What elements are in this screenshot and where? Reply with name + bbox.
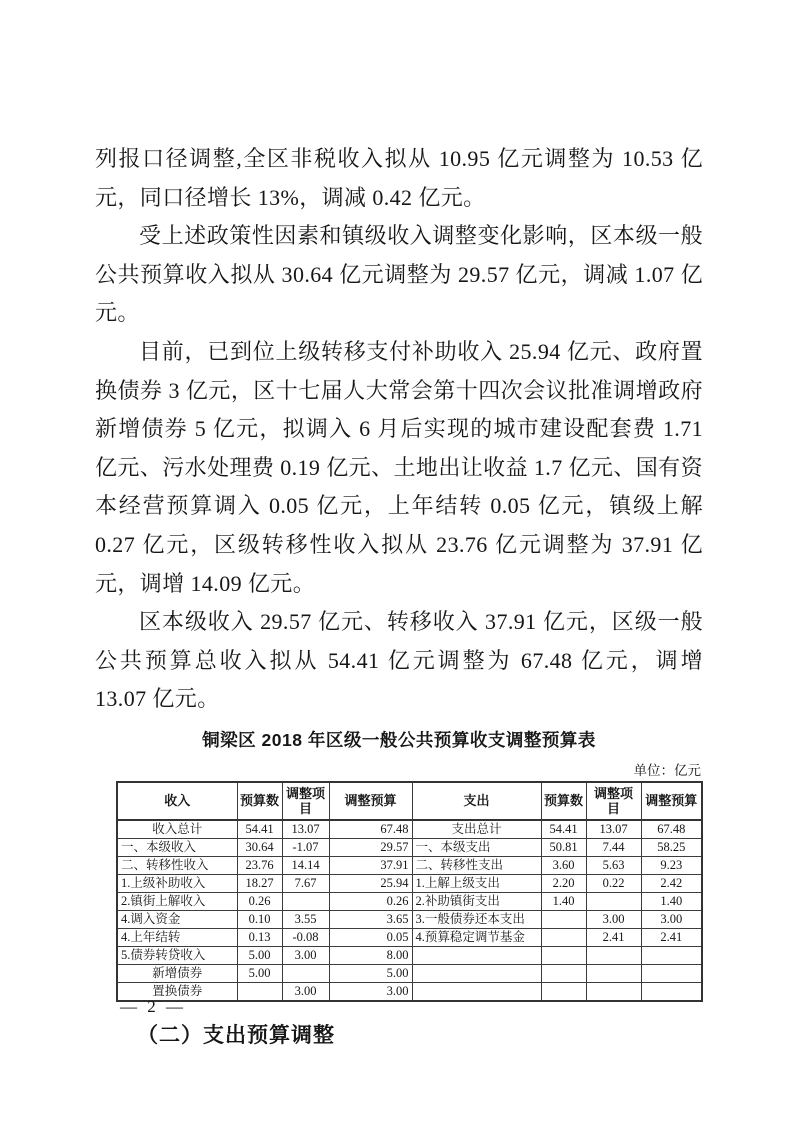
- table-cell: -0.08: [282, 928, 329, 946]
- table-cell: 0.10: [237, 910, 282, 928]
- table-cell: 0.05: [329, 928, 412, 946]
- table-cell: 54.41: [541, 820, 586, 839]
- table-cell: 4.上年结转: [117, 928, 237, 946]
- table-cell: 3.00: [282, 946, 329, 964]
- table-cell: 0.13: [237, 928, 282, 946]
- table-cell: 3.60: [541, 856, 586, 874]
- table-cell: [586, 946, 641, 964]
- table-cell: 58.25: [641, 838, 702, 856]
- table-row: 新增债券 5.00 5.00: [117, 964, 702, 982]
- table-cell: [282, 964, 329, 982]
- table-cell: 2.补助镇街支出: [412, 892, 541, 910]
- body-paragraph: 列报口径调整,全区非税收入拟从 10.95 亿元调整为 10.53 亿元，同口径…: [95, 140, 703, 217]
- table-cell: 2.41: [641, 928, 702, 946]
- table-cell: 25.94: [329, 874, 412, 892]
- body-paragraph: 受上述政策性因素和镇级收入调整变化影响，区本级一般公共预算收入拟从 30.64 …: [95, 217, 703, 333]
- section-heading: （二）支出预算调整: [95, 1019, 703, 1049]
- table-cell: 一、本级收入: [117, 838, 237, 856]
- table-cell: 5.00: [329, 964, 412, 982]
- table-cell: 1.40: [541, 892, 586, 910]
- table-cell: 30.64: [237, 838, 282, 856]
- table-cell: 1.40: [641, 892, 702, 910]
- table-cell: 3.00: [329, 982, 412, 1001]
- table-row: 1.上级补助收入 18.27 7.67 25.94 1.上解上级支出 2.20 …: [117, 874, 702, 892]
- table-cell: 2.镇街上解收入: [117, 892, 237, 910]
- table-title: 铜梁区 2018 年区级一般公共预算收支调整预算表: [95, 727, 703, 752]
- table-cell: [541, 910, 586, 928]
- table-cell: 3.一般债券还本支出: [412, 910, 541, 928]
- table-cell: 5.63: [586, 856, 641, 874]
- table-cell: 0.26: [237, 892, 282, 910]
- table-cell: -1.07: [282, 838, 329, 856]
- column-header-adjust-item: 调整项目: [586, 782, 641, 820]
- table-cell: 收入总计: [117, 820, 237, 839]
- table-cell: 7.44: [586, 838, 641, 856]
- table-cell: 4.调入资金: [117, 910, 237, 928]
- table-cell: 2.41: [586, 928, 641, 946]
- table-cell: 23.76: [237, 856, 282, 874]
- document-page: 列报口径调整,全区非税收入拟从 10.95 亿元调整为 10.53 亿元，同口径…: [0, 0, 793, 1122]
- table-cell: 二、转移性支出: [412, 856, 541, 874]
- table-cell: [412, 946, 541, 964]
- body-paragraph: 区本级收入 29.57 亿元、转移收入 37.91 亿元，区级一般公共预算总收入…: [95, 603, 703, 719]
- table-row: 二、转移性收入 23.76 14.14 37.91 二、转移性支出 3.60 5…: [117, 856, 702, 874]
- table-cell: 新增债券: [117, 964, 237, 982]
- table-cell: [541, 928, 586, 946]
- table-cell: 5.债券转贷收入: [117, 946, 237, 964]
- table-header-row: 收入 预算数 调整项目 调整预算 支出 预算数 调整项目 调整预算: [117, 782, 702, 820]
- budget-table: 收入 预算数 调整项目 调整预算 支出 预算数 调整项目 调整预算 收入总计 5…: [116, 781, 703, 1002]
- table-cell: 二、转移性收入: [117, 856, 237, 874]
- table-cell: [641, 946, 702, 964]
- table-cell: 67.48: [641, 820, 702, 839]
- page-number: — 2 —: [120, 997, 186, 1017]
- table-cell: [586, 964, 641, 982]
- column-header-adjusted-budget: 调整预算: [329, 782, 412, 820]
- table-cell: 3.00: [282, 982, 329, 1001]
- body-paragraph: 目前，已到位上级转移支付补助收入 25.94 亿元、政府置换债券 3 亿元，区十…: [95, 333, 703, 603]
- table-row: 收入总计 54.41 13.07 67.48 支出总计 54.41 13.07 …: [117, 820, 702, 839]
- table-row: 一、本级收入 30.64 -1.07 29.57 一、本级支出 50.81 7.…: [117, 838, 702, 856]
- table-cell: 1.上级补助收入: [117, 874, 237, 892]
- table-row: 4.上年结转 0.13 -0.08 0.05 4.预算稳定调节基金 2.41 2…: [117, 928, 702, 946]
- table-cell: [412, 964, 541, 982]
- table-cell: 一、本级支出: [412, 838, 541, 856]
- unit-label: 单位：亿元: [116, 759, 701, 779]
- table-cell: 54.41: [237, 820, 282, 839]
- table-row: 置换债券 3.00 3.00: [117, 982, 702, 1001]
- table-cell: 2.20: [541, 874, 586, 892]
- table-cell: [641, 982, 702, 1001]
- table-cell: 3.55: [282, 910, 329, 928]
- table-cell: [641, 964, 702, 982]
- table-cell: 8.00: [329, 946, 412, 964]
- column-header-budget: 预算数: [541, 782, 586, 820]
- table-cell: 1.上解上级支出: [412, 874, 541, 892]
- table-cell: 3.65: [329, 910, 412, 928]
- table-cell: 3.00: [641, 910, 702, 928]
- table-cell: [541, 982, 586, 1001]
- table-cell: 9.23: [641, 856, 702, 874]
- table-cell: [412, 982, 541, 1001]
- table-cell: 18.27: [237, 874, 282, 892]
- table-cell: 4.预算稳定调节基金: [412, 928, 541, 946]
- table-cell: 5.00: [237, 946, 282, 964]
- table-cell: 13.07: [586, 820, 641, 839]
- column-header-budget: 预算数: [237, 782, 282, 820]
- column-header-adjusted-budget: 调整预算: [641, 782, 702, 820]
- table-cell: [282, 892, 329, 910]
- column-header-adjust-item: 调整项目: [282, 782, 329, 820]
- table-cell: [237, 982, 282, 1001]
- table-cell: 50.81: [541, 838, 586, 856]
- table-cell: 3.00: [586, 910, 641, 928]
- table-cell: [541, 946, 586, 964]
- table-cell: 37.91: [329, 856, 412, 874]
- table-cell: 67.48: [329, 820, 412, 839]
- table-row: 5.债券转贷收入 5.00 3.00 8.00: [117, 946, 702, 964]
- table-cell: 7.67: [282, 874, 329, 892]
- table-cell: 14.14: [282, 856, 329, 874]
- table-row: 4.调入资金 0.10 3.55 3.65 3.一般债券还本支出 3.00 3.…: [117, 910, 702, 928]
- table-cell: 13.07: [282, 820, 329, 839]
- table-cell: 5.00: [237, 964, 282, 982]
- table-cell: 2.42: [641, 874, 702, 892]
- table-cell: 0.26: [329, 892, 412, 910]
- column-header-income: 收入: [117, 782, 237, 820]
- column-header-expense: 支出: [412, 782, 541, 820]
- table-row: 2.镇街上解收入 0.26 0.26 2.补助镇街支出 1.40 1.40: [117, 892, 702, 910]
- table-cell: 29.57: [329, 838, 412, 856]
- table-cell: [586, 982, 641, 1001]
- table-cell: [586, 892, 641, 910]
- table-cell: 支出总计: [412, 820, 541, 839]
- table-cell: 0.22: [586, 874, 641, 892]
- table-cell: [541, 964, 586, 982]
